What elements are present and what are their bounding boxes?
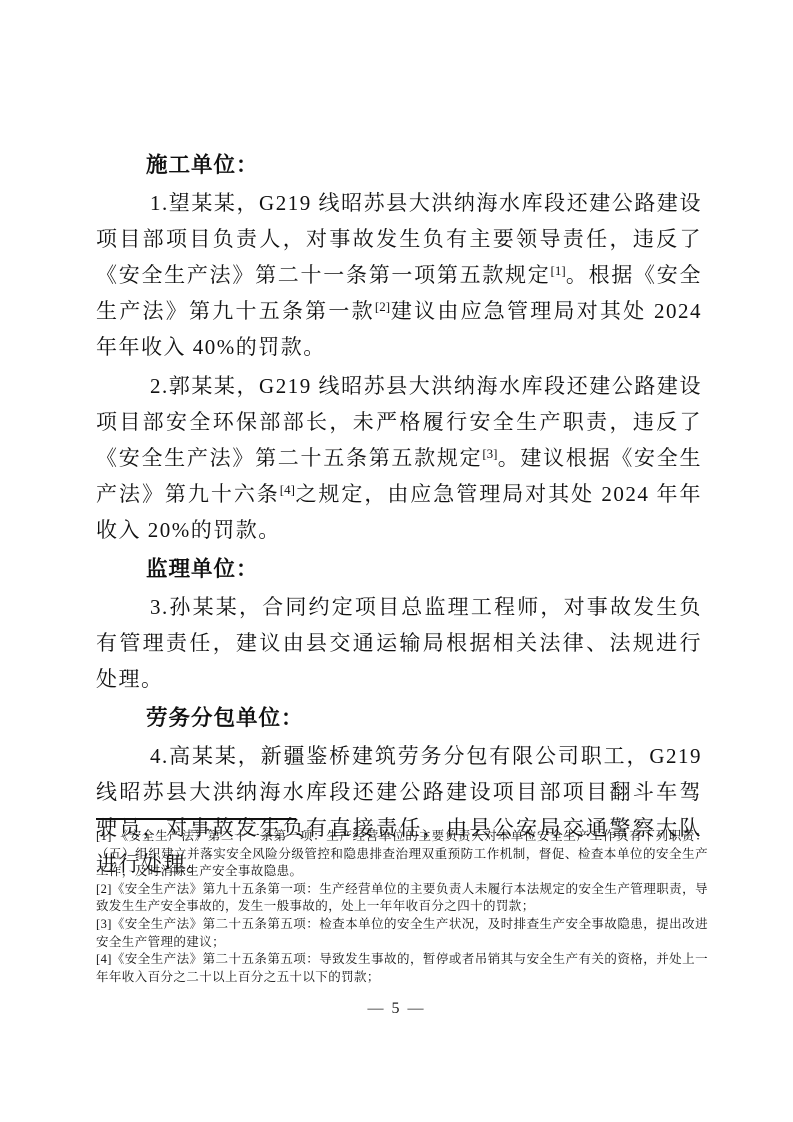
footnote-1-marker: [1] [96,829,112,843]
footnote-4: [4]《安全生产法》第二十五条第五项：导致发生事故的，暂停或者吊销其与安全生产有… [96,951,708,986]
footnote-separator-rule [96,818,296,820]
footnote-2: [2]《安全生产法》第九十五条第一项：生产经营单位的主要负责人未履行本法规定的安… [96,881,708,916]
footnote-3: [3]《安全生产法》第二十五条第五项：检查本单位的安全生产状况，及时排查生产安全… [96,916,708,951]
heading-labor-subcontract-unit: 劳务分包单位： [96,700,702,736]
footnote-3-text: 《安全生产法》第二十五条第五项：检查本单位的安全生产状况，及时排查生产安全事故隐… [96,917,708,949]
heading-construction-unit: 施工单位： [96,147,702,183]
footnote-2-marker: [2] [96,882,112,896]
footnote-ref-1: [1] [550,263,565,278]
document-body: 施工单位： 1.望某某，G219 线昭苏县大洪纳海水库段还建公路建设项目部项目负… [96,146,702,885]
footnote-4-text: 《安全生产法》第二十五条第五项：导致发生事故的，暂停或者吊销其与安全生产有关的资… [96,952,708,984]
footnote-3-marker: [3] [96,917,112,931]
paragraph-1: 1.望某某，G219 线昭苏县大洪纳海水库段还建公路建设项目部项目负责人，对事故… [96,185,702,365]
footnote-ref-2: [2] [375,299,390,314]
footnote-1: [1] 《安全生产法》第二十一条第一项：生产经营单位的主要负责人对本单位安全生产… [96,828,708,881]
document-page: 施工单位： 1.望某某，G219 线昭苏县大洪纳海水库段还建公路建设项目部项目负… [0,0,793,1122]
footnote-ref-3: [3] [482,446,497,461]
footnote-1-text: 《安全生产法》第二十一条第一项：生产经营单位的主要负责人对本单位安全生产工作负有… [96,829,708,878]
footnote-section: [1] 《安全生产法》第二十一条第一项：生产经营单位的主要负责人对本单位安全生产… [96,818,708,986]
heading-supervision-unit: 监理单位： [96,551,702,587]
paragraph-3: 3.孙某某，合同约定项目总监理工程师，对事故发生负有管理责任，建议由县交通运输局… [96,589,702,697]
footnote-ref-4: [4] [280,482,295,497]
footnote-2-text: 《安全生产法》第九十五条第一项：生产经营单位的主要负责人未履行本法规定的安全生产… [96,882,708,914]
footnote-4-marker: [4] [96,952,112,966]
page-number: — 5 — [0,1000,793,1018]
paragraph-2: 2.郭某某，G219 线昭苏县大洪纳海水库段还建公路建设项目部安全环保部部长，未… [96,368,702,548]
